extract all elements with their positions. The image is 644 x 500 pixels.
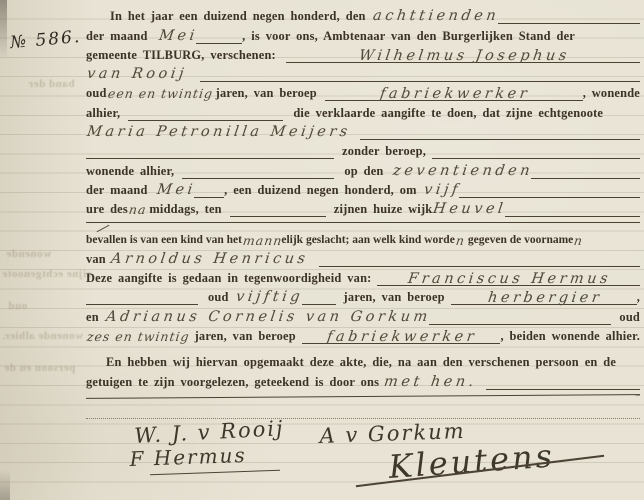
blank-line	[128, 107, 283, 121]
blank-line	[302, 291, 336, 305]
print-text: , een duizend negen honderd, om	[224, 183, 417, 198]
print-text: alhier,	[86, 106, 120, 121]
bleed-through-text: oud	[8, 300, 27, 312]
act-line-birth-place: ure des na middags, ten zijnen huize wij…	[86, 198, 640, 217]
blank-line	[486, 376, 640, 390]
print-text: In het jaar een duizend negen honderd, d…	[110, 9, 366, 24]
divider-rule	[86, 222, 640, 223]
paragraph-gap	[86, 344, 640, 351]
act-line-birth-month-hour: der maand Mei , een duizend negen honder…	[86, 179, 640, 198]
act-line-birth-day: wonende alhier, op den zeventienden	[86, 159, 640, 178]
print-text: jaren, van beroep	[195, 329, 296, 344]
act-line-witness2-name: en Adrianus Cornelis van Gorkum oud	[86, 305, 640, 324]
blank-line	[360, 126, 640, 140]
print-text: gegeven de voorname	[468, 233, 573, 248]
handwritten-birth-day: zeventienden	[392, 164, 534, 179]
handwritten-witness2-name: Adrianus Cornelis van Gorkum	[105, 310, 432, 325]
closing-rule-faint	[86, 418, 640, 419]
blank-line	[429, 311, 611, 325]
print-text: die verklaarde aangifte te doen, dat zij…	[293, 106, 603, 121]
blank-line: Wilhelmus Josephus	[286, 49, 640, 63]
blank-line	[194, 184, 224, 198]
act-line-witnesses-intro: Deze aangifte is gedaan in tegenwoordigh…	[86, 267, 640, 286]
signature-flourish	[150, 470, 280, 476]
handwritten-day: achttienden	[372, 9, 500, 24]
blank-line: fabriekwerker	[302, 330, 501, 344]
handwritten-signed-with: met hen.	[383, 375, 478, 390]
print-text: zonder beroep,	[342, 144, 426, 159]
print-text: en	[86, 310, 99, 325]
birth-certificate-page: band der wonende zijne echtgenoote oud w…	[0, 0, 644, 500]
page-edge-shadow	[0, 0, 7, 60]
bleed-through-text: zijne echtgenoote	[2, 268, 91, 280]
handwritten-witness1-occupation: herbergier	[487, 291, 603, 306]
print-text: getuigen te zijn voorgelezen, geteekend …	[86, 375, 379, 390]
handwritten-birth-hour: vijf	[423, 183, 462, 198]
blank-line: herbergier	[451, 291, 637, 305]
blank-line	[505, 203, 640, 217]
print-text: oud	[619, 310, 640, 325]
print-text: op den	[344, 164, 383, 179]
handwritten-witness1-age: vijftig	[235, 290, 304, 305]
print-text: En hebben wij hiervan opgemaakt deze akt…	[106, 355, 616, 370]
act-number: № 586.	[9, 27, 82, 53]
handwritten-occupation: fabriekwerker	[379, 87, 531, 102]
act-line-month: der maand Mei , is voor ons, Ambtenaar v…	[86, 24, 640, 43]
print-text: gemeente TILBURG, verschenen:	[86, 48, 276, 63]
blank-line: fabriekwerker	[325, 87, 583, 101]
handwritten-suffix: n	[455, 233, 466, 248]
handwritten-declarant-firstnames: Wilhelmus Josephus	[358, 49, 571, 64]
act-line-child-names: van Arnoldus Henricus	[86, 248, 640, 267]
print-text: Deze aangifte is gedaan in tegenwoordigh…	[86, 271, 371, 286]
print-text: jaren, van beroep	[344, 290, 445, 305]
print-text: bevallen is van een kind van het	[86, 233, 242, 248]
handwritten-declarant-surname: van Rooij	[86, 67, 188, 82]
bleed-through-text: wonende alhier.	[2, 330, 83, 342]
blank-line	[498, 10, 640, 24]
blank-line: Franciscus Hermus	[377, 272, 640, 286]
section-divider	[86, 217, 640, 228]
handwritten-suffix: n	[573, 233, 584, 248]
print-text: ,	[637, 290, 640, 305]
act-line-declarant-surname: van Rooij	[86, 63, 640, 82]
bleed-through-text: band der	[28, 78, 75, 90]
blank-line	[230, 203, 326, 217]
handwritten-month: Mei	[158, 29, 199, 44]
handwritten-witness2-age: zes en twintig	[86, 329, 191, 344]
act-line-mother-name: Maria Petronilla Meijers	[86, 121, 640, 140]
handwritten-birth-month: Mei	[156, 183, 197, 198]
handwritten-witness2-occupation: fabriekwerker	[326, 330, 478, 345]
act-body: In het jaar een duizend negen honderd, d…	[86, 5, 640, 390]
bleed-through-text: persoon en de	[4, 362, 75, 374]
print-text: zijnen huize wijk	[334, 202, 433, 217]
act-line-residence: alhier, die verklaarde aangifte te doen,…	[86, 101, 640, 120]
print-text: van	[86, 252, 106, 267]
blank-line	[86, 145, 334, 159]
print-text: jaren, van beroep	[216, 86, 317, 101]
act-line-child-sex: bevallen is van een kind van het mann el…	[86, 228, 640, 247]
blank-line	[182, 165, 334, 179]
handwritten-district: Heuvel	[432, 202, 507, 217]
blank-line	[432, 145, 640, 159]
print-text: oud	[208, 290, 229, 305]
act-line-witness2-details: zes en twintig jaren, van beroep fabriek…	[86, 325, 640, 344]
handwritten-age: een en twintig	[107, 86, 214, 101]
act-line-year: In het jaar een duizend negen honderd, d…	[86, 5, 640, 24]
handwritten-sex: mann	[242, 233, 284, 248]
act-line-municipality: gemeente TILBURG, verschenen: Wilhelmus …	[86, 44, 640, 63]
act-line-mother-occupation: zonder beroep,	[86, 140, 640, 159]
blank-line	[200, 68, 640, 82]
act-line-declarant-age-occupation: oud een en twintig jaren, van beroep fab…	[86, 82, 640, 101]
act-line-closing-2: getuigen te zijn voorgelezen, geteekend …	[86, 370, 640, 389]
print-text: der maand	[86, 183, 148, 198]
handwritten-am-pm: na	[128, 202, 148, 217]
print-text: , is voor ons, Ambtenaar van den Burgerl…	[242, 29, 575, 44]
handwritten-child-names: Arnoldus Henricus	[110, 252, 309, 267]
page-edge-shadow	[0, 470, 10, 500]
signature-witness1: F Hermus	[129, 443, 247, 471]
print-text: , wonende	[583, 86, 640, 101]
print-text: middags, ten	[149, 202, 221, 217]
print-text: oud	[86, 86, 107, 101]
blank-line	[459, 184, 640, 198]
print-text: ure des	[86, 202, 128, 217]
handwritten-witness1-name: Franciscus Hermus	[407, 272, 612, 287]
act-line-closing-1: En hebben wij hiervan opgemaakt deze akt…	[86, 351, 640, 370]
blank-line	[531, 165, 640, 179]
blank-line	[196, 30, 242, 44]
closing-rule	[86, 394, 640, 399]
blank-line	[319, 253, 640, 267]
print-text: , beiden wonende alhier.	[500, 329, 640, 344]
print-text: elijk geslacht; aan welk kind worde	[281, 233, 454, 248]
print-text: wonende alhier,	[86, 164, 174, 179]
blank-line	[86, 291, 198, 305]
handwritten-mother-name: Maria Petronilla Meijers	[86, 125, 352, 140]
bleed-through-text: wonende	[6, 248, 51, 260]
act-line-witness1-details: oud vijftig jaren, van beroep herbergier…	[86, 286, 640, 305]
print-text: der maand	[86, 29, 148, 44]
